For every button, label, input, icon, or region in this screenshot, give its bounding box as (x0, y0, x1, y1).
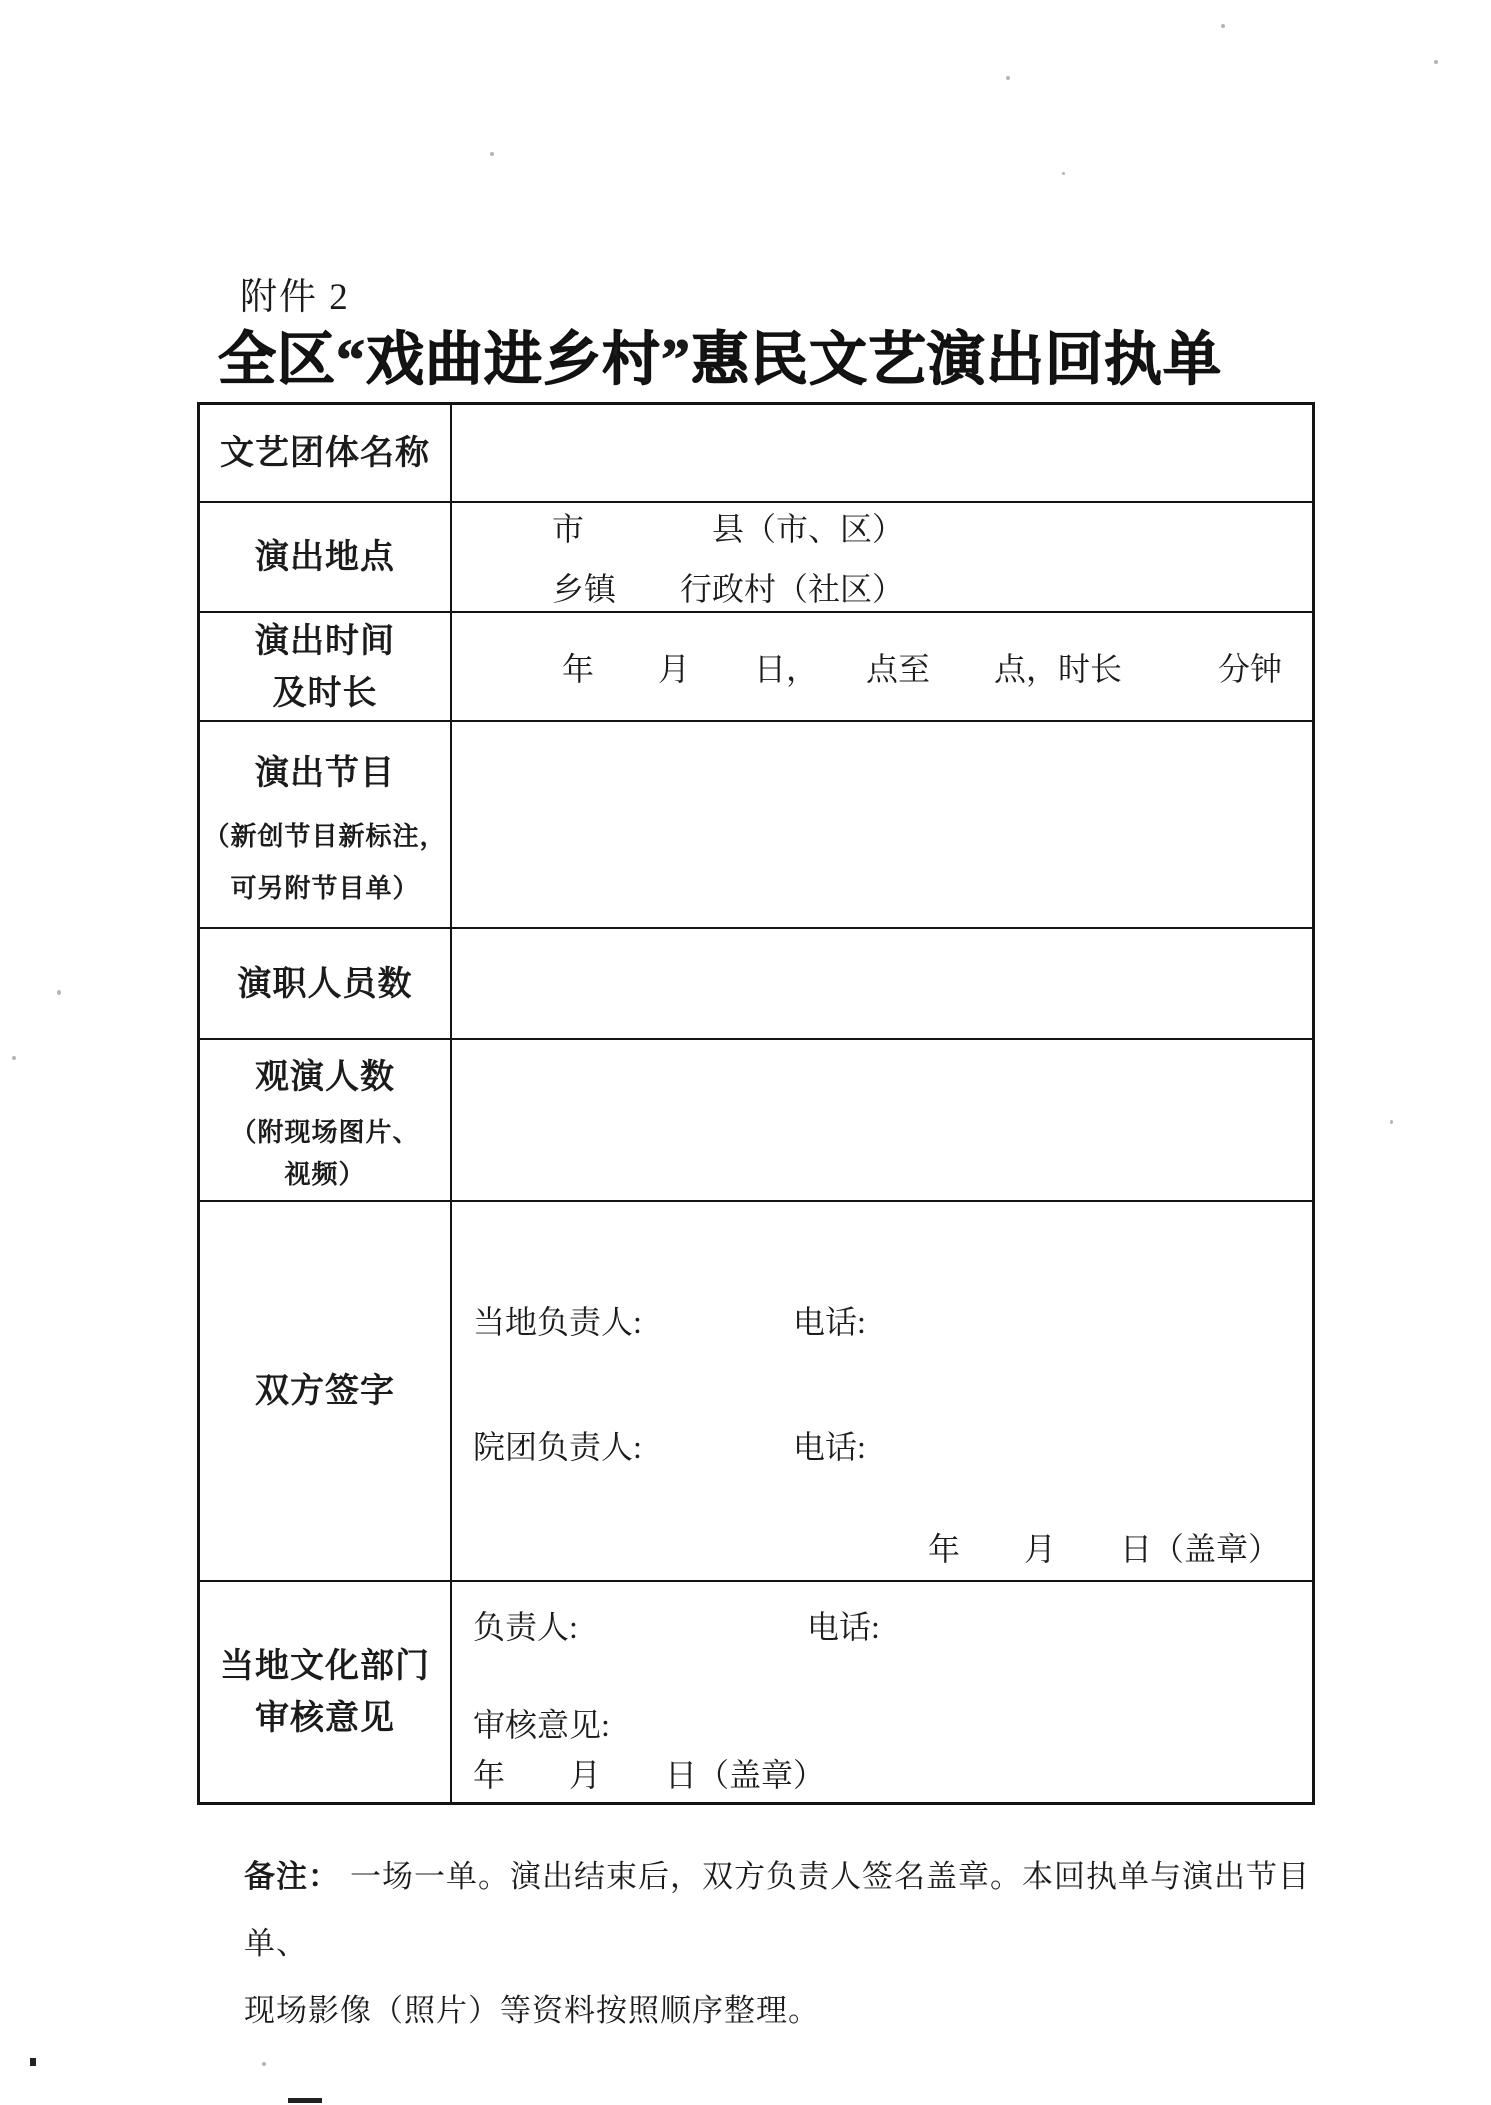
time-label-cell: 演出时间 及时长 (200, 613, 452, 720)
local-manager-phone-label: 电话: (793, 1297, 866, 1343)
troupe-name-label-cell: 文艺团体名称 (200, 405, 452, 501)
receipt-form-table: 文艺团体名称 演出地点 市 县（市、区） 乡镇 行政村（社区） 演出时间 及时长 (197, 402, 1315, 1805)
row-signatures: 双方签字 当地负责人: 电话: 院团负责人: 电话: 年 月 日（盖章） (200, 1202, 1312, 1582)
location-label-cell: 演出地点 (200, 503, 452, 611)
signatures-value-cell: 当地负责人: 电话: 院团负责人: 电话: 年 月 日（盖章） (452, 1202, 1312, 1580)
review-label-line2: 审核意见 (255, 1692, 395, 1744)
footer-note-line1: 备注：一场一单。演出结束后，双方负责人签名盖章。本回执单与演出节目单、 (244, 1843, 1324, 1977)
footer-note-prefix: 备注： (244, 1859, 340, 1894)
program-note-line1: （新创节目新标注， (203, 821, 446, 851)
signatures-label: 双方签字 (255, 1365, 395, 1417)
footer-note: 备注：一场一单。演出结束后，双方负责人签名盖章。本回执单与演出节目单、 现场影像… (244, 1843, 1324, 2044)
row-audience-count: 观演人数 （附现场图片、 视频） (200, 1040, 1312, 1202)
audience-note-line2: 视频） (284, 1159, 365, 1189)
troupe-name-value-cell (452, 405, 1312, 501)
row-review: 当地文化部门 审核意见 负责人: 电话: 审核意见: 年 月 日（盖章） (200, 1582, 1312, 1802)
review-label-cell: 当地文化部门 审核意见 (200, 1582, 452, 1802)
footer-note-line2: 现场影像（照片）等资料按照顺序整理。 (244, 1977, 1324, 2044)
signatures-label-cell: 双方签字 (200, 1202, 452, 1580)
row-troupe-name: 文艺团体名称 (200, 405, 1312, 503)
review-manager-label: 负责人: (473, 1602, 578, 1648)
troupe-manager-label: 院团负责人: (473, 1422, 642, 1468)
document-title: 全区“戏曲进乡村”惠民文艺演出回执单 (150, 312, 1290, 396)
row-location: 演出地点 市 县（市、区） 乡镇 行政村（社区） (200, 503, 1312, 613)
audience-label-cell: 观演人数 （附现场图片、 视频） (200, 1040, 452, 1200)
program-label: 演出节目 (255, 747, 395, 799)
location-value-cell: 市 县（市、区） 乡镇 行政村（社区） (452, 503, 1312, 611)
location-line-village: 乡镇 行政村（社区） (552, 564, 1312, 610)
time-label-line1: 演出时间 (255, 615, 395, 667)
time-value-line: 年 月 日， 点至 点，时长 分钟 (562, 644, 1282, 690)
program-note-line2: 可另附节目单） (230, 873, 419, 903)
document-page: 附件 2 全区“戏曲进乡村”惠民文艺演出回执单 文艺团体名称 演出地点 市 县（… (0, 0, 1491, 2105)
local-manager-label: 当地负责人: (473, 1297, 642, 1343)
location-line-city: 市 县（市、区） (552, 504, 1312, 550)
location-label: 演出地点 (255, 531, 395, 583)
staff-count-value-cell (452, 929, 1312, 1038)
signatures-date-seal-line: 年 月 日（盖章） (928, 1524, 1280, 1570)
troupe-name-label: 文艺团体名称 (220, 427, 430, 479)
troupe-manager-phone-label: 电话: (793, 1422, 866, 1468)
row-time-duration: 演出时间 及时长 年 月 日， 点至 点，时长 分钟 (200, 613, 1312, 722)
review-opinion-label: 审核意见: (473, 1700, 610, 1746)
program-label-cell: 演出节目 （新创节目新标注， 可另附节目单） (200, 722, 452, 927)
staff-count-label-cell: 演职人员数 (200, 929, 452, 1038)
row-program: 演出节目 （新创节目新标注， 可另附节目单） (200, 722, 1312, 929)
review-label-line1: 当地文化部门 (220, 1640, 430, 1692)
review-date-seal-line: 年 月 日（盖章） (473, 1750, 825, 1796)
staff-count-label: 演职人员数 (238, 958, 413, 1010)
audience-label: 观演人数 (255, 1051, 395, 1103)
row-staff-count: 演职人员数 (200, 929, 1312, 1040)
time-label-line2: 及时长 (273, 667, 378, 719)
footer-note-line1-text: 一场一单。演出结束后，双方负责人签名盖章。本回执单与演出节目单、 (244, 1859, 1310, 1961)
audience-value-cell (452, 1040, 1312, 1200)
review-manager-phone-label: 电话: (807, 1602, 880, 1648)
audience-note-line1: （附现场图片、 (230, 1117, 419, 1147)
program-value-cell (452, 722, 1312, 927)
review-value-cell: 负责人: 电话: 审核意见: 年 月 日（盖章） (452, 1582, 1312, 1802)
time-value-cell: 年 月 日， 点至 点，时长 分钟 (452, 613, 1312, 720)
